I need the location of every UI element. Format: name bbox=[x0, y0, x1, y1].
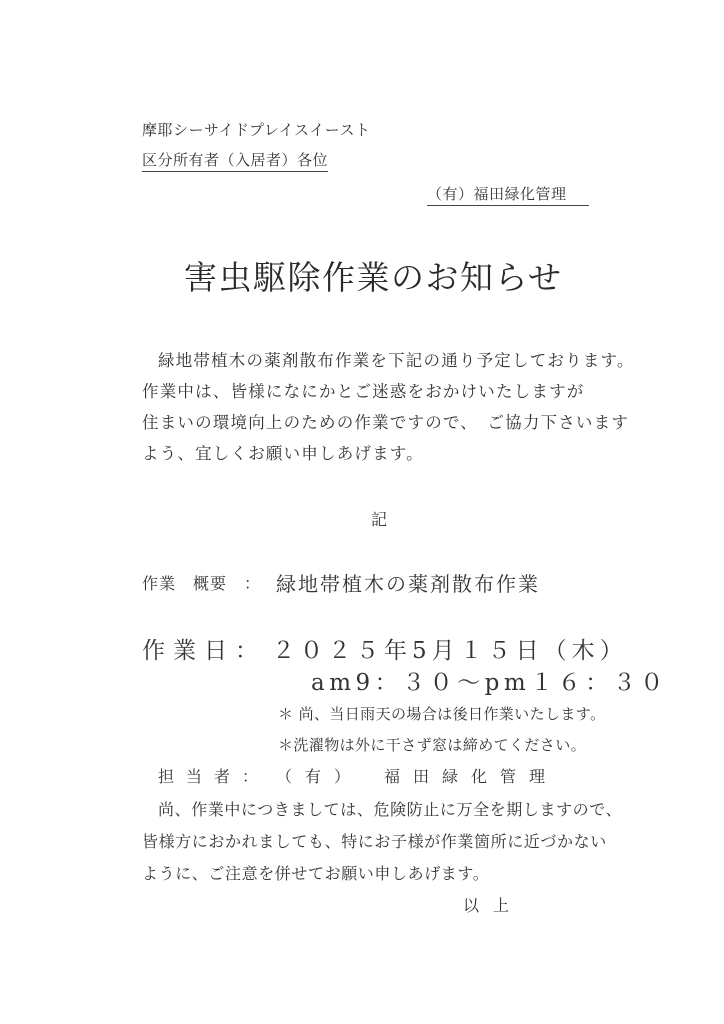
note-laundry: ＊洗濯物は外に干さず窓は締めてください。 bbox=[278, 734, 586, 755]
contact-row: 担当者：（有） 福田緑化管理 bbox=[158, 764, 558, 787]
time-value: am9：３０～pm１６：３０ bbox=[311, 664, 668, 697]
intro-line: 緑地帯植木の薬剤散布作業を下記の通り予定しております。 bbox=[158, 347, 635, 371]
sender: （有）福田緑化管理 bbox=[427, 184, 589, 206]
date-label: 作業日： bbox=[142, 632, 266, 665]
note-rain: ＊ 尚、当日雨天の場合は後日作業いたします。 bbox=[278, 703, 605, 724]
addressee: 区分所有者（入居者）各位 bbox=[142, 150, 328, 172]
closing-line: ように、ご注意を併せてお願い申しあげます。 bbox=[142, 861, 489, 884]
document-title: 害虫駆除作業のお知らせ bbox=[184, 252, 563, 299]
intro-line: 住まいの環境向上のための作業ですので、 ご協力下さいます bbox=[142, 409, 629, 433]
closing-line: 尚、作業中につきましては、危険防止に万全を期しますので、 bbox=[158, 797, 622, 820]
closing-mark: 以上 bbox=[463, 893, 523, 916]
contact-value: （有） 福田緑化管理 bbox=[284, 767, 558, 786]
contact-label: 担当者： bbox=[158, 767, 270, 786]
building-name: 摩耶シーサイドプレイスイースト bbox=[142, 119, 370, 140]
summary-value: 緑地帯植木の薬剤散布作業 bbox=[276, 568, 540, 597]
ki-heading: 記 bbox=[371, 507, 387, 530]
date-value: ２０２５年5月１５日（木） bbox=[272, 632, 628, 665]
closing-line: 皆様方におかれましても、特にお子様が作業箇所に近づかない bbox=[142, 829, 607, 852]
intro-line: よう、宜しくお願い申しあげます。 bbox=[142, 440, 424, 464]
summary-label: 作業 概要 ： bbox=[142, 571, 261, 594]
intro-line: 作業中は、皆様になにかとご迷惑をおかけいたしますが bbox=[142, 378, 585, 402]
